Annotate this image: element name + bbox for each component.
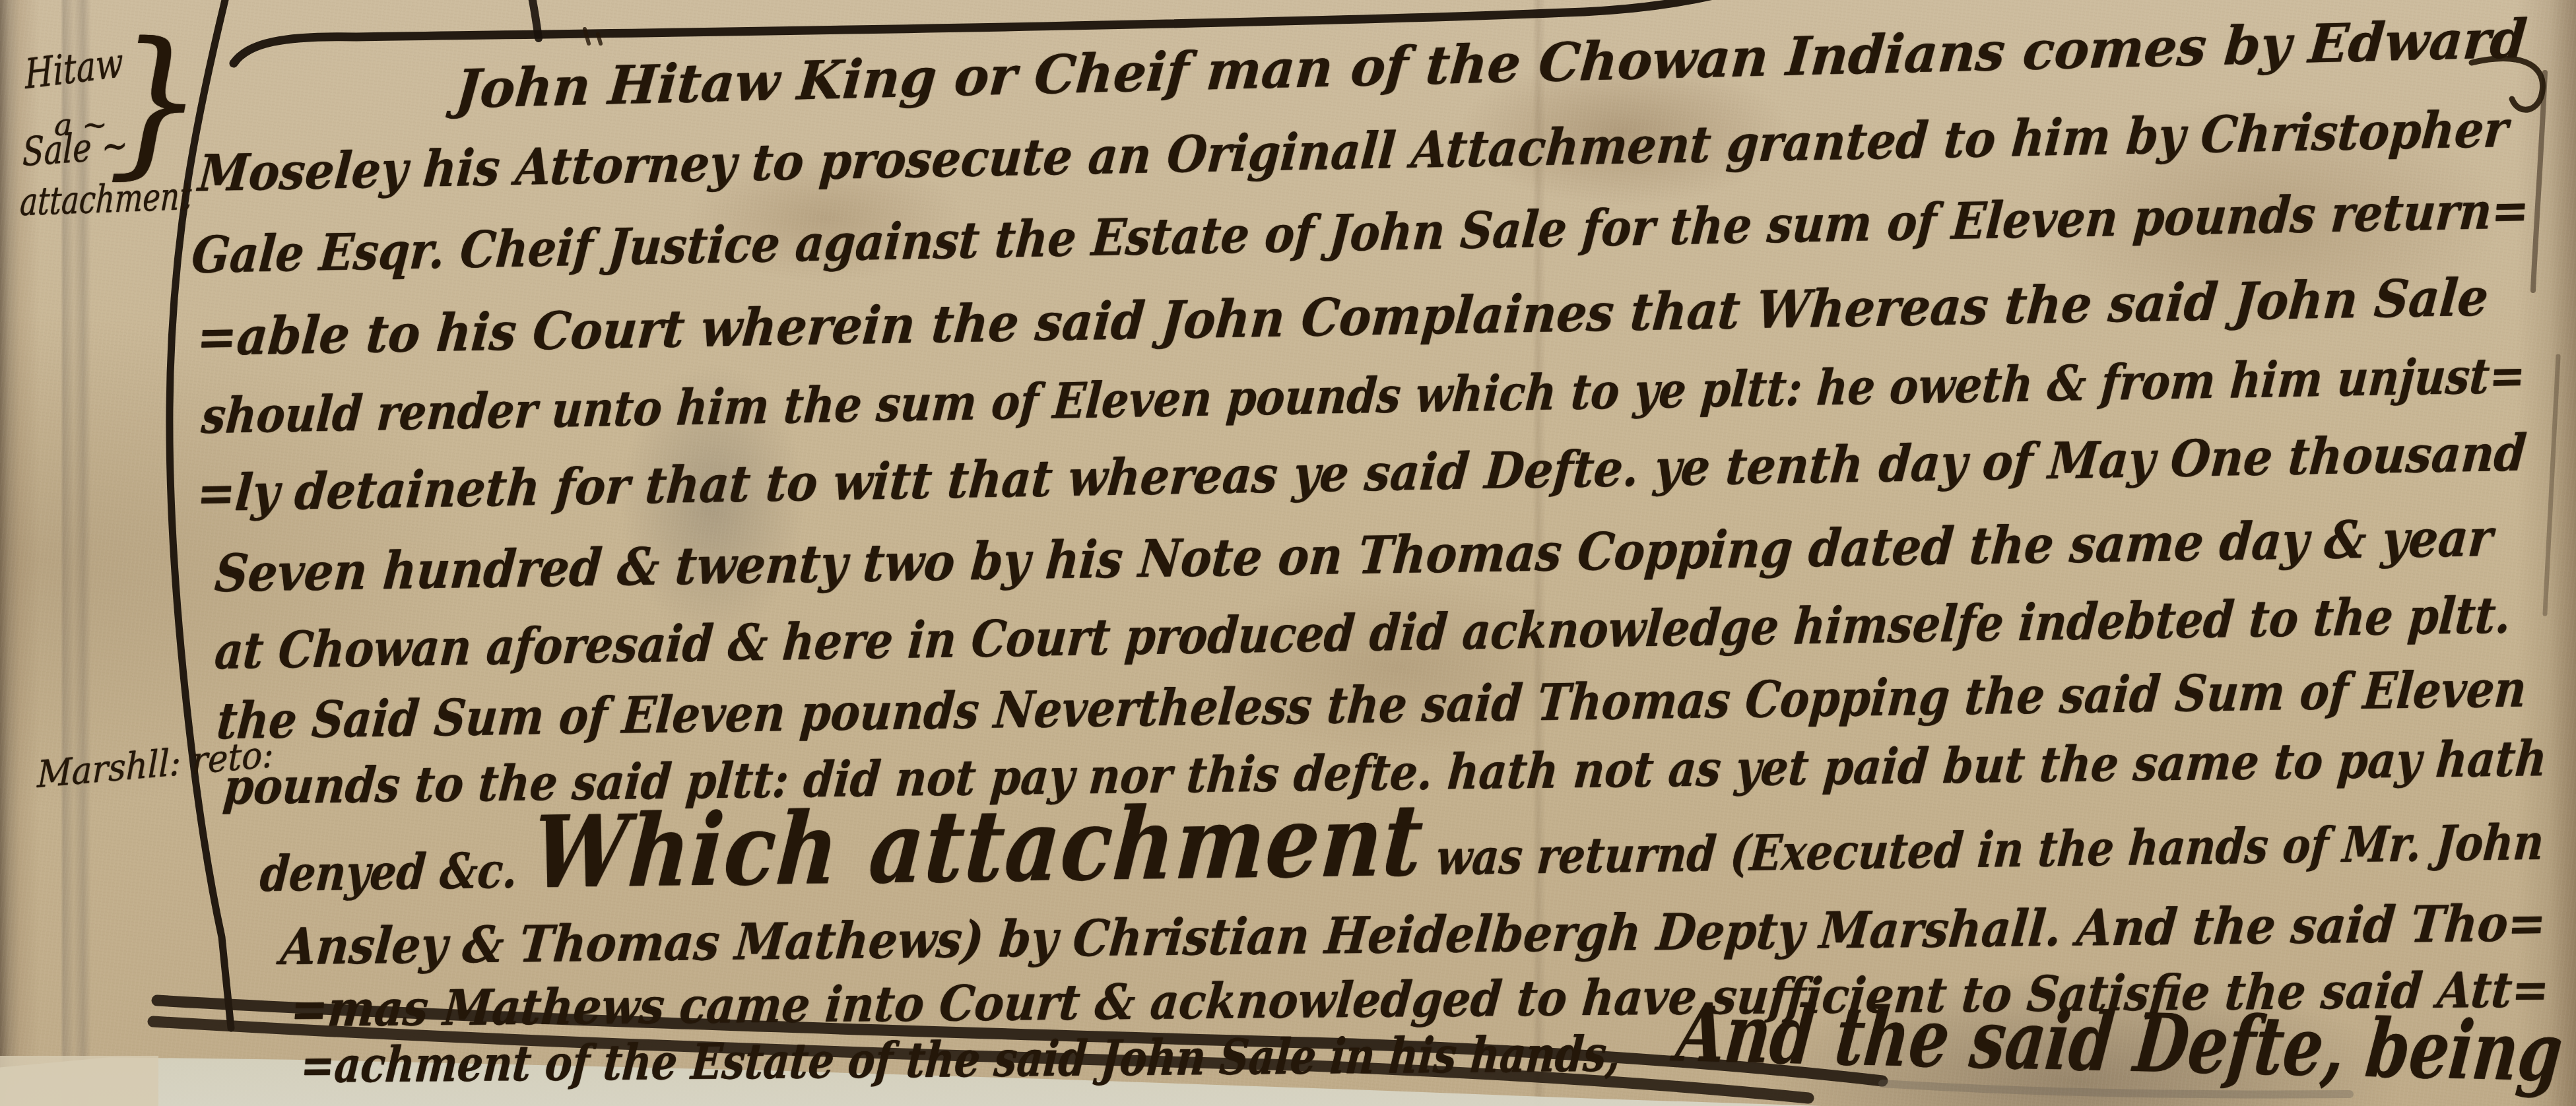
margin-brace: } [107,30,203,174]
right-edge-crease-lower [2545,356,2558,614]
manuscript-page: Hitaw a ~ Sale ~ } attachment Marshll: r… [0,0,2576,1106]
body-line-11-prefix: denyed &c. [258,842,534,903]
margin-case-type: attachment [19,174,193,224]
body-line-15-closing: And the said Defte, being [1672,985,2567,1099]
body-line-14: =achment of the Estate of the said John … [298,1026,1622,1095]
which-attachment-emphasis: Which attachment [529,782,1428,911]
body-line-11-suffix: was returnd (Executed in the hands of Mr… [1420,814,2546,887]
